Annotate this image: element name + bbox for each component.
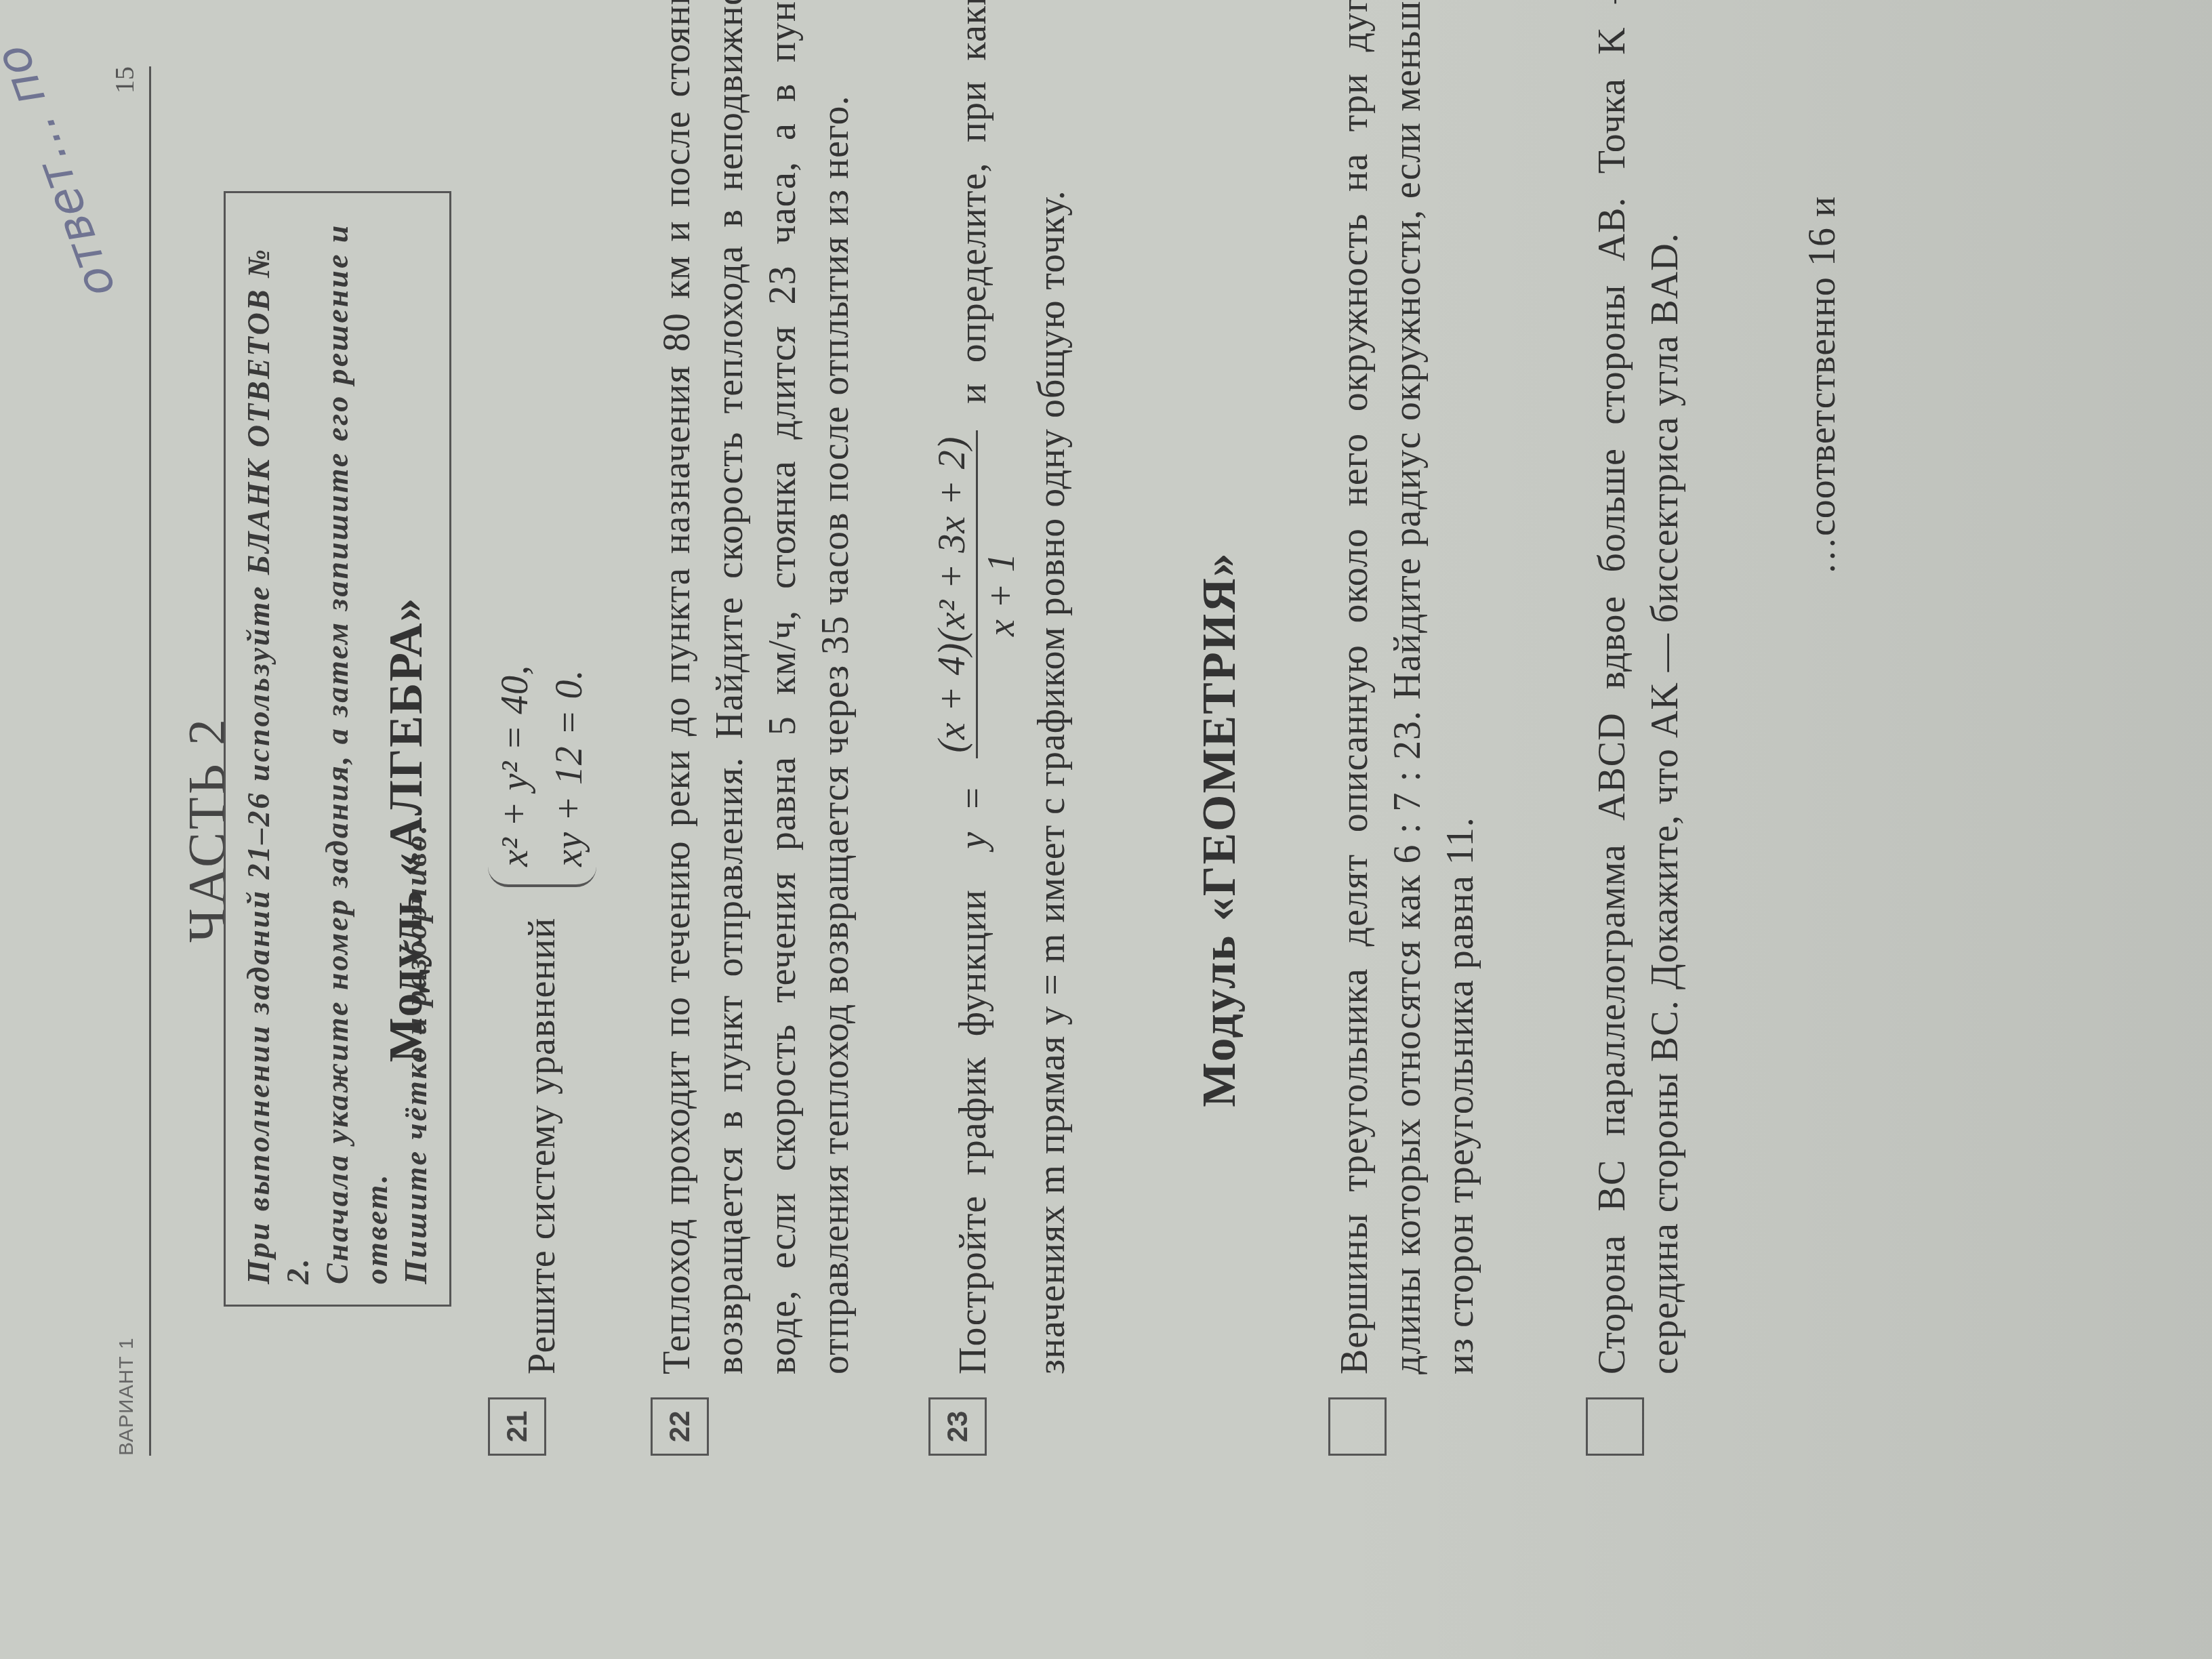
task-25: Сторона BC параллелограмма ABCD вдвое бо… bbox=[1586, 0, 1721, 1456]
formula-lhs: y = bbox=[952, 785, 994, 848]
instruction-line: При выполнении заданий 21–26 используйте… bbox=[239, 213, 318, 1284]
task-24: Вершины треугольника делят описанную око… bbox=[1328, 0, 1504, 1456]
task-text: Постройте график функции bbox=[952, 889, 994, 1374]
formula-numerator: (x + 4)(x² + 3x + 2) bbox=[928, 430, 978, 758]
task-number bbox=[1328, 1397, 1387, 1456]
task-number: 23 bbox=[928, 1397, 987, 1456]
task-number: 22 bbox=[651, 1397, 709, 1456]
module-title-geometry: Модуль «ГЕОМЕТРИЯ» bbox=[1193, 0, 1247, 1659]
formula-denominator: x + 1 bbox=[978, 552, 1025, 636]
handwritten-note: ответ… по bbox=[0, 38, 126, 305]
task-number bbox=[1586, 1397, 1644, 1456]
task-text: Вершины треугольника делят описанную око… bbox=[1328, 0, 1487, 1374]
module-title-algebra: Модуль «АЛГЕБРА» bbox=[380, 0, 434, 1659]
equation: xy + 12 = 0. bbox=[542, 665, 596, 867]
equation: x² + y² = 40, bbox=[488, 665, 542, 867]
exam-page: ВАРИАНТ 1 15 ответ… по ЧАСТЬ 2 При выпол… bbox=[0, 0, 2212, 1659]
task-text: Теплоход проходит по течению реки до пун… bbox=[651, 0, 862, 1374]
task-22: 22 Теплоход проходит по течению реки до … bbox=[651, 0, 881, 1456]
task-text: Решите систему уравнений bbox=[516, 918, 569, 1374]
variant-label: ВАРИАНТ 1 bbox=[115, 1337, 138, 1456]
page-number: 15 bbox=[108, 66, 140, 94]
cutoff-text: …соответственно 16 и bbox=[1796, 0, 1864, 575]
task-23: 23 Постройте график функции y = (x + 4)(… bbox=[928, 0, 1105, 1456]
formula-fraction: (x + 4)(x² + 3x + 2) x + 1 bbox=[928, 430, 1025, 758]
task-number: 21 bbox=[488, 1397, 546, 1456]
task-text: Сторона BC параллелограмма ABCD вдвое бо… bbox=[1586, 0, 1692, 1374]
task-21: 21 Решите систему уравнений x² + y² = 40… bbox=[488, 0, 623, 1456]
equation-system: x² + y² = 40, xy + 12 = 0. bbox=[488, 665, 596, 887]
